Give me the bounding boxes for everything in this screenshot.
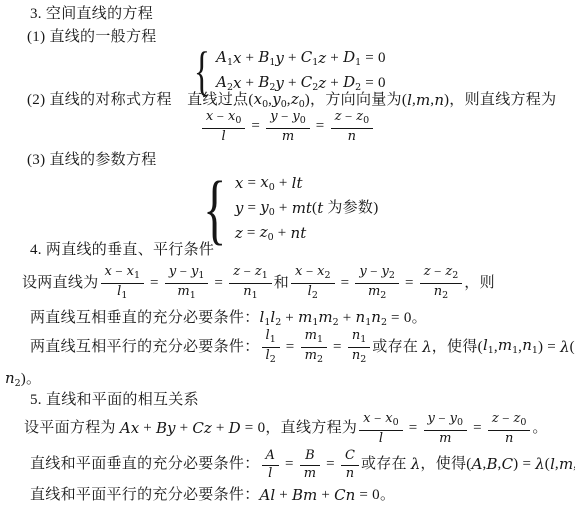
text-run: = [146,275,163,292]
math-var: x [233,50,241,67]
text-run: − [112,265,127,282]
fraction: z − z2n2 [420,265,463,301]
fraction: x − x0l [202,110,245,144]
section-4-heading: 4. 两直线的垂直、平行条件 [30,242,214,259]
math-var: m1 [305,329,323,346]
text-run: 3. 空间直线的方程 [30,6,153,23]
text-run: = 0 [361,75,386,92]
text-run: ，使得( [432,339,483,356]
fraction-numerator: x − x2 [291,265,334,284]
math-var: x [105,265,112,282]
math-var: l1 [266,329,276,346]
text-run: = [322,456,339,473]
fraction-numerator: y − y1 [165,265,209,284]
math-var: A [472,456,483,473]
math-var: n1 [352,329,366,346]
fraction-numerator: x − x0 [359,412,402,431]
fraction-denominator: l1 [101,284,144,302]
fraction-numerator: A [262,449,279,466]
fraction-numerator: y − y0 [266,110,310,129]
fraction-denominator: n [331,129,374,145]
math-var: l2 [270,309,281,329]
math-var: λ [411,456,421,473]
text-run: = [337,275,354,292]
math-subscript: 2 [360,354,366,365]
math-var: l [222,130,226,145]
section-3-heading: 3. 空间直线的方程 [30,6,153,23]
fraction: l1l2 [262,329,280,365]
text-run: 5. 直线和平面的相互关系 [30,392,199,409]
math-var: x [206,110,213,127]
text-run: = 0，直线方程为 [241,420,357,437]
document-page: 3. 空间直线的方程(1) 直线的一般方程{A1x + B1y + C1z + … [0,0,575,511]
math-var: A1 [216,49,233,69]
text-run: = 0。 [387,310,427,327]
math-var: Cz [192,420,211,437]
equation-rows: x = x0 + lty = y0 + mt(t 为参数)z = z0 + nt [235,172,379,247]
text-run: (3) 直线的参数方程 [27,152,157,169]
text-run: − [341,110,356,127]
math-var: D [229,420,241,437]
text-run: (2) 直线的对称式方程 直线过点( [27,92,254,109]
fraction: y − y0m [424,412,468,446]
fraction: n1n2 [348,329,370,365]
math-var: mt [292,200,312,217]
math-var: l [379,432,383,447]
math-var: z [492,412,499,429]
equation-row: x = x0 + lt [235,172,303,197]
math-var: x1 [127,265,140,282]
text-run: ，使得( [420,456,471,473]
fraction: z − z0n [331,110,374,144]
fraction-numerator: x − x0 [202,110,245,129]
text-run: + [212,420,229,437]
math-var: λ [535,456,545,473]
text-run: = [401,275,418,292]
fraction: x − x0l [359,412,402,446]
math-var: z [235,225,243,242]
text-run: )。 [21,371,42,388]
text-run: 直线和平面平行的充分必要条件： [30,487,260,504]
math-var: n2 [434,285,448,302]
fraction-numerator: z − z2 [420,265,463,284]
item-2-line: (2) 直线的对称式方程 直线过点(x0,y0,z0)，方向向量为(l,m,n)… [27,91,556,111]
text-run: 。 [532,420,547,437]
text-run: = [281,456,298,473]
fraction-numerator: z − z0 [331,110,374,129]
fraction-denominator: m [266,129,310,145]
fraction-numerator: l1 [262,329,280,348]
math-var: y0 [260,199,275,219]
math-var: z0 [260,224,274,244]
math-var: m1 [298,309,318,329]
fraction-numerator: n1 [348,329,370,348]
fraction: z − z0n [488,412,531,446]
text-run: 4. 两直线的垂直、平行条件 [30,242,214,259]
text-run: 直线和平面垂直的充分必要条件： [30,456,260,473]
equation-row: y = y0 + mt(t 为参数) [235,197,379,222]
math-var: n1 [243,285,257,302]
math-var: l1 [117,285,127,302]
math-subscript: 1 [270,334,276,345]
display-general-equations: {A1x + B1y + C1z + D1 = 0A2x + B2y + C2z… [0,44,575,98]
math-var: y2 [381,265,394,282]
math-var: x [295,265,302,282]
equation-rows: A1x + B1y + C1z + D1 = 0A2x + B2y + C2z … [216,46,386,96]
math-subscript: 2 [452,270,458,281]
math-var: y [428,412,435,429]
math-subscript: 1 [317,334,323,345]
fraction-denominator: l [359,431,402,447]
math-var: B1 [258,49,275,69]
math-var: z0 [291,91,305,111]
math-var: l1 [483,337,494,357]
section-5-heading: 5. 直线和平面的相互关系 [30,392,199,409]
math-subscript: 0 [363,115,369,126]
math-var: x0 [254,91,269,111]
math-var: x [235,175,243,192]
math-var: Cn [334,487,355,504]
text-run: + [274,225,291,242]
math-var: x [363,412,370,429]
perpendicular-condition: 两直线互相垂直的充分必要条件：l1l2 + m1m2 + n1n2 = 0。 [30,309,427,329]
math-var: z0 [356,110,369,127]
fraction-denominator: m2 [355,284,399,302]
math-var: z1 [255,265,268,282]
equation-system: {x = x0 + lty = y0 + mt(t 为参数)z = z0 + n… [196,170,378,248]
math-subscript: 2 [270,354,276,365]
math-subscript: 0 [300,115,306,126]
fraction-numerator: m1 [301,329,327,348]
math-var: y0 [292,110,305,127]
math-var: y [275,50,283,67]
item-3-label: (3) 直线的参数方程 [27,152,157,169]
math-var: l2 [308,285,318,302]
fraction: m1m2 [301,329,327,365]
text-run: 设平面方程为 [24,420,120,437]
math-var: m1 [177,285,195,302]
math-var: y [359,265,366,282]
fraction-numerator: z − z0 [488,412,531,431]
fraction-numerator: z − z1 [229,265,272,284]
text-run: 或存在 [372,339,422,356]
math-var: n [346,467,354,482]
fraction: y − y0m [266,110,310,144]
fraction: x − x1l1 [101,265,144,301]
math-var: n1 [356,309,372,329]
text-run: ) = [538,339,560,356]
text-run: = [282,339,299,356]
math-var: m2 [318,309,338,329]
fraction-denominator: l2 [291,284,334,302]
math-subscript: 1 [190,290,196,301]
math-var: lt [292,175,303,192]
text-run: + [139,420,156,437]
math-var: n [348,130,356,145]
math-subscript: 2 [380,290,386,301]
math-subscript: 2 [442,290,448,301]
text-run: − [176,265,191,282]
math-var: y0 [450,412,463,429]
fraction-denominator: l [262,466,279,482]
math-subscript: 1 [360,334,366,345]
parallel-condition: 两直线互相平行的充分必要条件：l1l2 = m1m2 = n1n2或存在 λ，使… [30,329,575,365]
text-run: + [326,75,343,92]
math-subscript: 1 [121,290,127,301]
fraction-denominator: n2 [348,348,370,366]
text-run: − [431,265,446,282]
text-run: )，方向向量为( [305,92,407,109]
math-var: Al [260,487,276,504]
fraction-numerator: y − y2 [355,265,399,284]
math-var: A [266,449,275,464]
fraction: Cn [341,449,359,481]
math-var: C [502,456,513,473]
text-run: 和 [274,275,289,292]
left-brace-icon: { [204,170,227,248]
math-var: y [235,200,243,217]
text-run: + [275,487,292,504]
text-run: = 0。 [355,487,395,504]
math-var: z [424,265,431,282]
text-run: + [339,310,356,327]
math-var: m [416,92,430,109]
math-var: x2 [317,265,330,282]
fraction: z − z1n1 [229,265,272,301]
math-var: B [487,456,498,473]
math-var: n [434,92,444,109]
math-var: n2 [352,349,366,366]
math-var: z [318,75,326,92]
display-symmetric-equation: x − x0l = y − y0m = z − z0n [0,110,575,144]
math-subscript: 1 [252,290,258,301]
text-run: = [247,118,264,135]
text-run: − [302,265,317,282]
fraction: Al [262,449,279,481]
math-var: D1 [343,49,361,69]
math-var: n2 [371,309,387,329]
math-var: y [169,265,176,282]
math-var: m [559,456,573,473]
math-var: Bm [292,487,317,504]
text-run: ) = [513,456,535,473]
text-run: − [371,412,386,429]
math-var: x0 [385,412,398,429]
text-run: ，则 [464,275,495,292]
math-var: m [304,467,316,482]
fraction: x − x2l2 [291,265,334,301]
math-var: Ax [120,420,139,437]
text-run: = [469,420,486,437]
math-var: l1 [260,309,271,329]
fraction-denominator: l [202,129,245,145]
fraction-denominator: m [424,431,468,447]
fraction-numerator: B [300,449,320,466]
math-subscript: 0 [235,115,241,126]
math-subscript: 1 [198,270,204,281]
math-subscript: 2 [312,290,318,301]
math-var: λ [560,339,570,356]
math-var: x0 [260,174,275,194]
text-run: − [240,265,255,282]
math-var: z [335,110,342,127]
math-var: y1 [191,265,204,282]
math-var: λ [422,339,432,356]
fraction: Bm [300,449,320,481]
text-run: − [435,412,450,429]
math-subscript: 2 [389,270,395,281]
math-var: z [233,265,240,282]
math-var: z2 [445,265,458,282]
line-plane-setup: 设平面方程为 Ax + By + Cz + D = 0，直线方程为x − x0l… [24,412,548,446]
math-var: m [439,432,451,447]
math-var: n [505,432,513,447]
display-parametric-equations: {x = x0 + lty = y0 + mt(t 为参数)z = z0 + n… [0,170,575,248]
math-subscript: 0 [393,417,399,428]
fraction-denominator: n2 [420,284,463,302]
equation-system: {A1x + B1y + C1z + D1 = 0A2x + B2y + C2z… [189,44,386,98]
fraction-denominator: m [300,466,320,482]
text-run: 两直线互相垂直的充分必要条件： [30,310,260,327]
math-var: x [233,75,241,92]
equation-row: z = z0 + nt [235,221,306,246]
math-var: z [318,50,326,67]
math-subscript: 2 [324,270,330,281]
text-run: = [243,225,260,242]
fraction-numerator: C [341,449,359,466]
math-subscript: 1 [134,270,140,281]
math-var: x0 [228,110,241,127]
math-var: y [270,110,277,127]
text-run: = [312,118,329,135]
line-plane-parallel: 直线和平面平行的充分必要条件：Al + Bm + Cn = 0。 [30,487,395,504]
text-run: = [405,420,422,437]
math-var: By [156,420,176,437]
text-run: )，则直线方程为 [444,92,556,109]
math-var: l2 [266,349,276,366]
text-run: + [275,175,292,192]
math-var: z0 [513,412,526,429]
parallel-condition-continued: n2)。 [5,370,41,390]
text-run: − [499,412,514,429]
text-run: + [326,50,343,67]
math-var: m2 [368,285,386,302]
left-brace-icon: { [194,44,210,98]
fraction-denominator: n1 [229,284,272,302]
fraction: y − y1m1 [165,265,209,301]
math-var: C [345,449,355,464]
math-subscript: 1 [262,270,268,281]
math-var: m1 [498,337,518,357]
math-var: m [282,130,294,145]
math-var: y0 [272,91,287,111]
line-plane-perpendicular: 直线和平面垂直的充分必要条件：Al = Bm = Cn或存在 λ，使得(A,B,… [30,449,575,481]
text-run: − [278,110,293,127]
text-run: + [317,487,334,504]
fraction-denominator: l2 [262,348,280,366]
text-run: 设两直线为 [22,275,99,292]
text-run: = 0 [361,50,386,67]
text-run: + [176,420,193,437]
text-run: + [241,50,258,67]
fraction-denominator: n [488,431,531,447]
equation-row: A1x + B1y + C1z + D1 = 0 [216,46,386,71]
math-var: l [268,467,272,482]
math-var: C1 [301,49,319,69]
text-run: + [281,310,298,327]
text-run: − [367,265,382,282]
math-var: nt [291,225,307,242]
math-subscript: 0 [457,417,463,428]
math-var: B [305,449,315,464]
fraction-denominator: m1 [165,284,209,302]
text-run: 或存在 [361,456,411,473]
fraction-denominator: m2 [301,348,327,366]
text-run: = [329,339,346,356]
two-lines-setup: 设两直线为x − x1l1 = y − y1m1 = z − z1n1和x − … [22,265,495,301]
text-run: − [213,110,228,127]
fraction-numerator: y − y0 [424,412,468,431]
fraction: y − y2m2 [355,265,399,301]
math-var: m2 [305,349,323,366]
text-run: = [243,200,260,217]
text-run: = [210,275,227,292]
math-var: n1 [522,337,538,357]
math-subscript: 2 [317,354,323,365]
text-run: = [243,175,260,192]
math-subscript: 0 [520,417,526,428]
fraction-denominator: n [341,466,359,482]
text-run: + [284,50,301,67]
text-run: 两直线互相平行的充分必要条件： [30,339,260,356]
fraction-numerator: x − x1 [101,265,144,284]
text-run: + [275,200,292,217]
text-run: 为参数) [323,200,378,217]
math-var: n2 [5,370,21,390]
